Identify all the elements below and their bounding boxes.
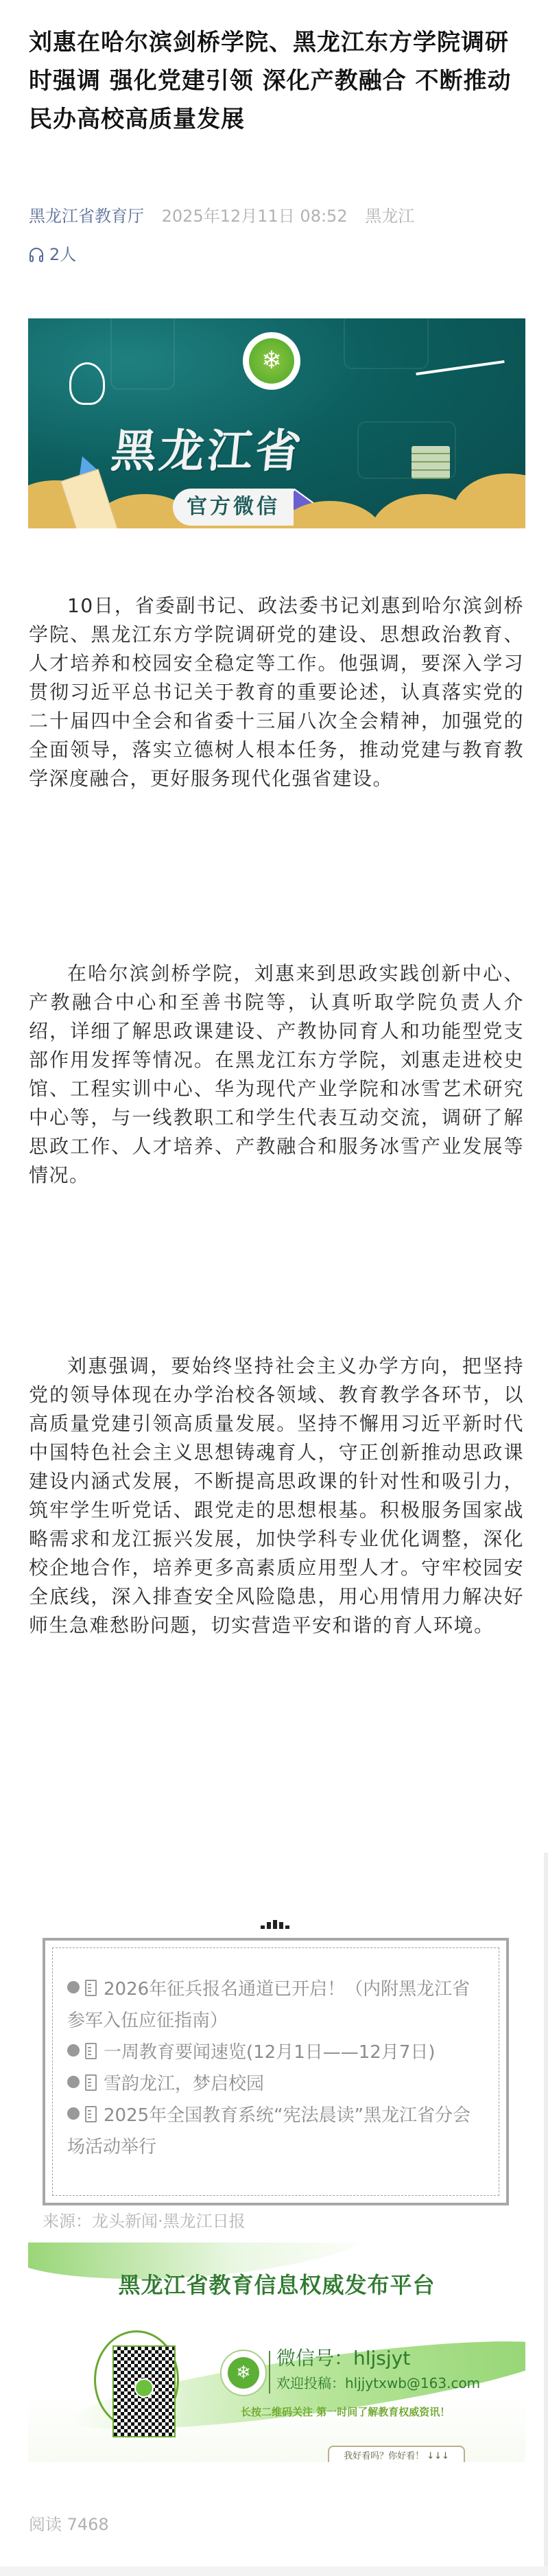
- listener-count: 2人: [49, 243, 76, 266]
- article-page: 刘惠在哈尔滨剑桥学院、黑龙江东方学院调研时强调 强化党建引领 深化产教融合 不断…: [0, 0, 544, 2576]
- follow-hint: 长按二维码关注 第一时间了解教育权威资讯！: [241, 2404, 450, 2420]
- bars-divider-icon: [261, 1920, 289, 1929]
- banner-subtitle: 官方微信: [173, 489, 294, 526]
- headphones-icon: [29, 246, 44, 263]
- snowflake-icon: ❄: [249, 338, 294, 384]
- publish-time: 2025年12月11日 08:52: [162, 207, 348, 226]
- snowflake-icon: ❄: [228, 2357, 259, 2389]
- lightbulb-icon: [69, 362, 105, 405]
- education-dept-logo: ❄: [243, 332, 300, 390]
- article-paragraph: 10日，省委副书记、政法委书记刘惠到哈尔滨剑桥学院、黑龙江东方学院调研党的建设、…: [29, 592, 524, 793]
- follow-qr-card-image: 黑龙江省教育信息权威发布平台 ❄ 微信号：hljsjyt 欢迎投稿：hljjyt…: [28, 2243, 525, 2462]
- publish-location: 黑龙江: [365, 207, 414, 226]
- related-articles-list: 2026年征兵报名通道已开启！（内附黑龙江省参军入伍应征指南） 一周教育要闻速览…: [67, 1974, 479, 2163]
- doodle-shape: [344, 318, 429, 369]
- document-icon: [85, 2043, 97, 2059]
- divider: [269, 2351, 270, 2393]
- wechat-id: 微信号：hljsjyt: [276, 2345, 410, 2372]
- document-icon: [85, 2106, 97, 2122]
- article-meta: 黑龙江省教育厅 2025年12月11日 08:52 黑龙江: [29, 204, 414, 228]
- platform-title: 黑龙江省教育信息权威发布平台: [28, 2270, 525, 2300]
- author-link[interactable]: 黑龙江省教育厅: [29, 207, 144, 226]
- bullet-icon: [67, 2107, 80, 2120]
- submission-email: 欢迎投稿：hljjytxwb@163.com: [276, 2373, 480, 2393]
- article-paragraph: 在哈尔滨剑桥学院，刘惠来到思政实践创新中心、产教融合中心和至善书院等，认真听取学…: [29, 959, 524, 1190]
- arrow-doodle-icon: [416, 360, 504, 375]
- related-article-link[interactable]: 2025年全国教育系统“宪法晨读”黑龙江省分会场活动举行: [67, 2100, 479, 2163]
- related-article-link[interactable]: 2026年征兵报名通道已开启！（内附黑龙江省参军入伍应征指南）: [67, 1974, 479, 2037]
- article-title: 刘惠在哈尔滨剑桥学院、黑龙江东方学院调研时强调 强化党建引领 深化产教融合 不断…: [29, 23, 523, 139]
- related-article-link[interactable]: 一周教育要闻速览(12月1日——12月7日): [67, 2037, 479, 2068]
- banner-image: ❄ 黑龙江省 官方微信: [28, 318, 525, 528]
- bullet-icon: [67, 2076, 80, 2088]
- bottom-bar: [0, 2566, 548, 2576]
- qr-logo-icon: [134, 2378, 154, 2398]
- bullet-icon: [67, 1981, 80, 1993]
- document-icon: [85, 1980, 97, 1996]
- cloud-shape: [453, 473, 525, 528]
- books-icon: [412, 446, 450, 479]
- article-paragraph: 刘惠强调，要始终坚持社会主义办学方向，把坚持党的领导体现在办学治校各领域、教育教…: [29, 1352, 524, 1640]
- related-article-link[interactable]: 雪韵龙江，梦启校园: [67, 2068, 479, 2100]
- related-articles-box: 2026年征兵报名通道已开启！（内附黑龙江省参军入伍应征指南） 一周教育要闻速览…: [43, 1938, 509, 2205]
- scrollbar[interactable]: [544, 1853, 548, 2576]
- banner-headline: 黑龙江省: [108, 414, 307, 480]
- document-icon: [85, 2074, 97, 2091]
- like-prompt-pill: 我好看吗？你好看！ ↓↓↓: [328, 2446, 465, 2462]
- read-count: 阅读 7468: [29, 2513, 109, 2536]
- listen-button[interactable]: 2人: [29, 243, 76, 266]
- source-credit: 来源：龙头新闻·黑龙江日报: [43, 2210, 246, 2233]
- bullet-icon: [67, 2044, 80, 2057]
- doodle-shape: [110, 318, 175, 390]
- education-dept-logo: ❄: [220, 2350, 267, 2396]
